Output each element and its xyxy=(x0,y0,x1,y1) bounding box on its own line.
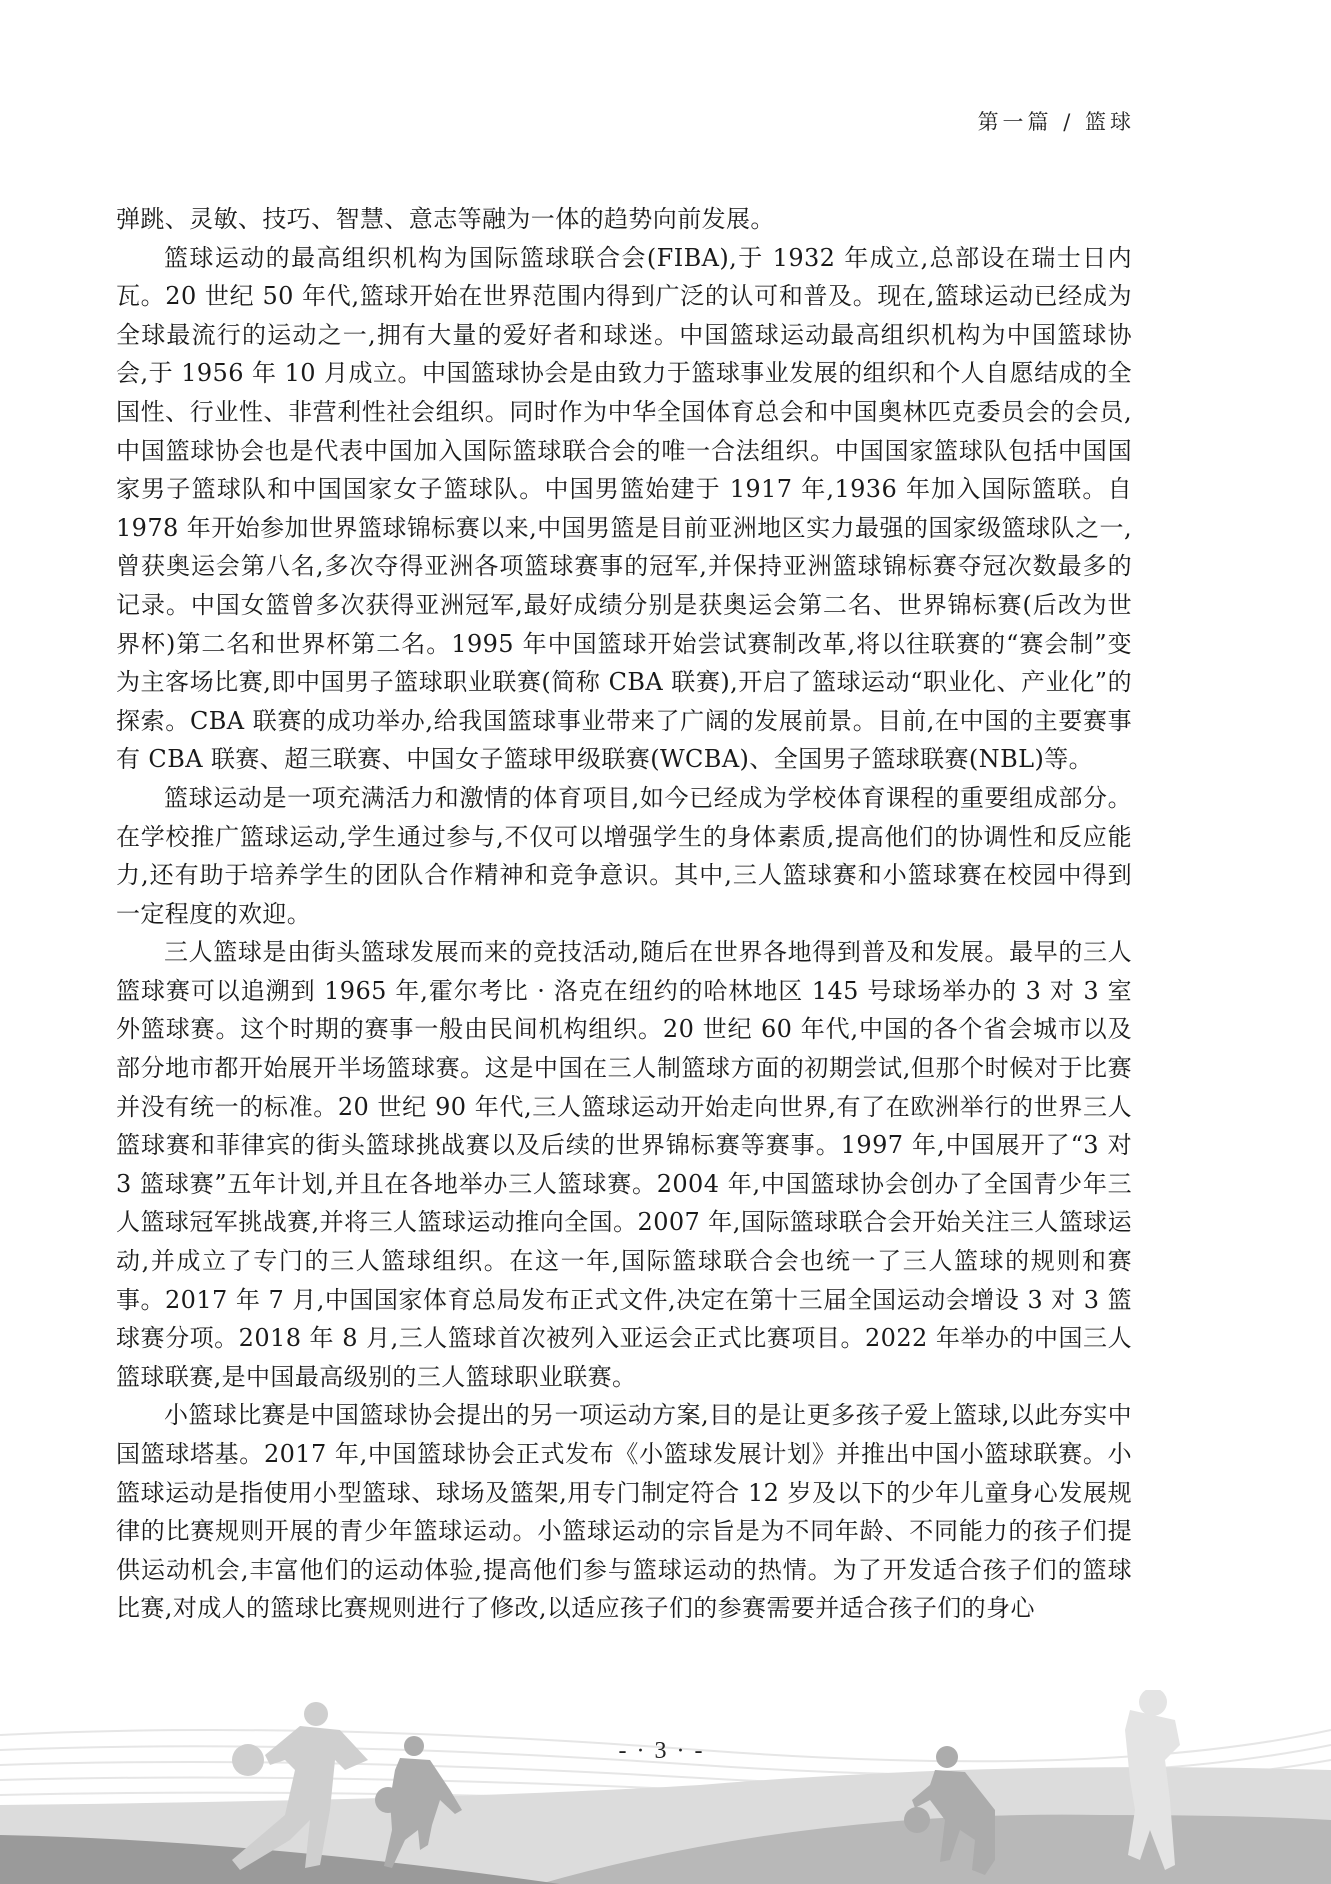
paragraph-school-basketball: 篮球运动是一项充满活力和激情的体育项目,如今已经成为学校体育课程的重要组成部分。… xyxy=(116,779,1132,933)
running-head: 第一篇 / 篮球 xyxy=(978,106,1135,136)
paragraph-continued: 弹跳、灵敏、技巧、智慧、意志等融为一体的趋势向前发展。 xyxy=(116,200,1132,239)
paragraph-fiba-history: 篮球运动的最高组织机构为国际篮球联合会(FIBA),于 1932 年成立,总部设… xyxy=(116,239,1132,779)
page-number: -·3·- xyxy=(0,1738,1331,1765)
footer-basketball-banner xyxy=(0,1690,1331,1884)
body-text: 弹跳、灵敏、技巧、智慧、意志等融为一体的趋势向前发展。 篮球运动的最高组织机构为… xyxy=(116,200,1132,1628)
paragraph-three-on-three: 三人篮球是由街头篮球发展而来的竞技活动,随后在世界各地得到普及和发展。最早的三人… xyxy=(116,933,1132,1396)
paragraph-mini-basketball: 小篮球比赛是中国篮球协会提出的另一项运动方案,目的是让更多孩子爱上篮球,以此夯实… xyxy=(116,1396,1132,1628)
